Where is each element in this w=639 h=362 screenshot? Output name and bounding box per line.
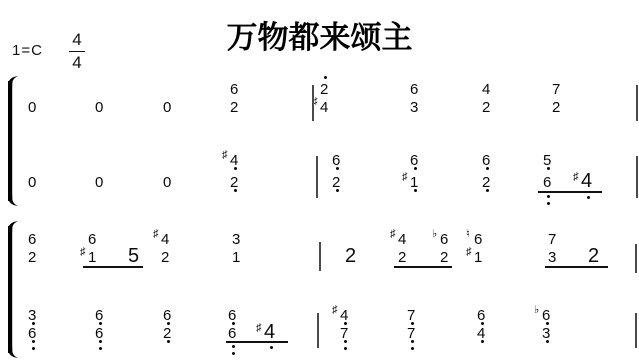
flat-icon: ♭ [534,305,539,316]
sharp-icon: ♯ [80,247,86,258]
chord-note-bottom: 3 [542,326,550,341]
chord-note-top: 7 [548,232,556,247]
octave-dot-below [486,189,489,192]
eighth-beam [83,266,143,268]
chord-note-top: 6 [440,232,448,247]
chord-note-bottom: 2 [161,250,169,265]
rest-note: 0 [28,100,36,115]
barline [636,156,638,198]
chord-note-bottom: 3 [548,250,556,265]
sheet-music-page: 1=C 4 4 万物都来颂主 0006224♯6342720004♯26261♯… [0,0,639,362]
octave-dot-below [234,167,237,170]
chord-note-bottom: 2 [552,100,560,115]
chord-note-top: 6 [410,82,418,97]
chord-note-top: 6 [95,308,103,323]
chord-note-bottom: 6 [543,175,551,190]
chord-note-bottom: 2 [28,250,36,265]
octave-dot-below [270,346,273,349]
octave-dot-below [32,340,35,343]
chord-note-top: 2 [320,82,328,97]
system-bracket-icon [4,76,20,211]
sharp-icon: ♯ [256,323,262,334]
eighth-beam [538,191,602,193]
sharp-icon: ♯ [573,172,579,183]
chord-note-top: 4 [482,82,490,97]
octave-dot-below [414,189,417,192]
sharp-icon: ♯ [402,172,408,183]
octave-dot-below [414,167,417,170]
chord-note-bottom: 6 [228,326,236,341]
chord-note-bottom: 2 [332,175,340,190]
octave-dot-below [344,347,347,350]
rest-note: 0 [95,100,103,115]
rest-note: 0 [28,175,36,190]
chord-note-bottom: 4 [320,100,328,115]
chord-note-top: 7 [552,82,560,97]
chord-note-bottom: 7 [407,326,415,341]
chord-note-top: 6 [542,308,550,323]
chord-note-top: 6 [163,308,171,323]
barline [319,242,321,271]
chord-note-bottom: 3 [410,100,418,115]
chord-note-top: 4 [230,153,238,168]
chord-note-top: 4 [398,232,406,247]
rest-note: 0 [163,175,171,190]
barline [317,313,319,348]
chord-note-top: 6 [474,232,482,247]
note: 4 [264,322,275,342]
chord-note-bottom: 7 [340,326,348,341]
octave-dot-below [546,340,549,343]
note: 2 [345,246,356,266]
sharp-icon: ♯ [153,229,159,240]
natural-icon: ♮ [466,229,470,240]
octave-dot-below [99,347,102,350]
octave-dot-below [411,347,414,350]
barline [316,156,318,198]
octave-dot-below [587,196,590,199]
chord-note-top: 5 [543,153,551,168]
octave-dot-below [481,340,484,343]
chord-note-top: 7 [407,308,415,323]
sharp-icon: ♯ [466,247,472,258]
flat-icon: ♭ [432,229,437,240]
chord-note-bottom: 2 [163,326,171,341]
octave-dot-below [486,167,489,170]
note: 4 [581,171,592,191]
chord-note-top: 6 [230,82,238,97]
barline [312,85,314,121]
octave-dot-below [32,347,35,350]
chord-note-bottom: 1 [232,250,240,265]
octave-dot-below [232,352,235,355]
octave-dot-below [547,195,550,198]
rest-note: 0 [163,100,171,115]
chord-note-bottom: 1 [410,175,418,190]
chord-note-top: 3 [28,308,36,323]
chord-note-bottom: 1 [474,250,482,265]
chord-note-top: 6 [88,232,96,247]
chord-note-top: 6 [228,308,236,323]
chord-note-top: 6 [332,153,340,168]
chord-note-bottom: 6 [95,326,103,341]
notation-layer: 0006224♯6342720004♯26261♯62564♯6261♯54♯2… [0,0,639,362]
chord-note-bottom: 2 [230,100,238,115]
eighth-beam [545,266,608,268]
barline [635,313,637,348]
octave-dot-below [547,167,550,170]
chord-note-bottom: 1 [88,250,96,265]
octave-dot-below [336,167,339,170]
chord-note-top: 3 [232,232,240,247]
eighth-beam [226,341,288,343]
chord-note-top: 6 [410,153,418,168]
note: 2 [588,246,599,266]
chord-note-top: 6 [477,308,485,323]
octave-dot-below [99,340,102,343]
sharp-icon: ♯ [390,229,396,240]
octave-dot-above [324,76,327,79]
rest-note: 0 [95,175,103,190]
chord-note-bottom: 2 [398,250,406,265]
chord-note-bottom: 2 [440,250,448,265]
chord-note-top: 4 [161,232,169,247]
sharp-icon: ♯ [332,305,338,316]
chord-note-bottom: 2 [482,100,490,115]
system-bracket-icon [4,221,20,362]
note: 5 [128,246,139,266]
octave-dot-below [167,340,170,343]
octave-dot-below [336,189,339,192]
barline [636,85,638,121]
chord-note-bottom: 4 [477,326,485,341]
chord-note-top: 6 [28,232,36,247]
chord-note-top: 4 [340,308,348,323]
chord-note-bottom: 2 [482,175,490,190]
eighth-beam [394,266,452,268]
chord-note-bottom: 2 [230,175,238,190]
octave-dot-below [232,345,235,348]
barline [635,244,637,273]
chord-note-top: 6 [482,153,490,168]
chord-note-bottom: 6 [28,326,36,341]
octave-dot-below [547,202,550,205]
octave-dot-below [234,189,237,192]
sharp-icon: ♯ [222,150,228,161]
octave-dot-below [344,340,347,343]
octave-dot-below [411,340,414,343]
